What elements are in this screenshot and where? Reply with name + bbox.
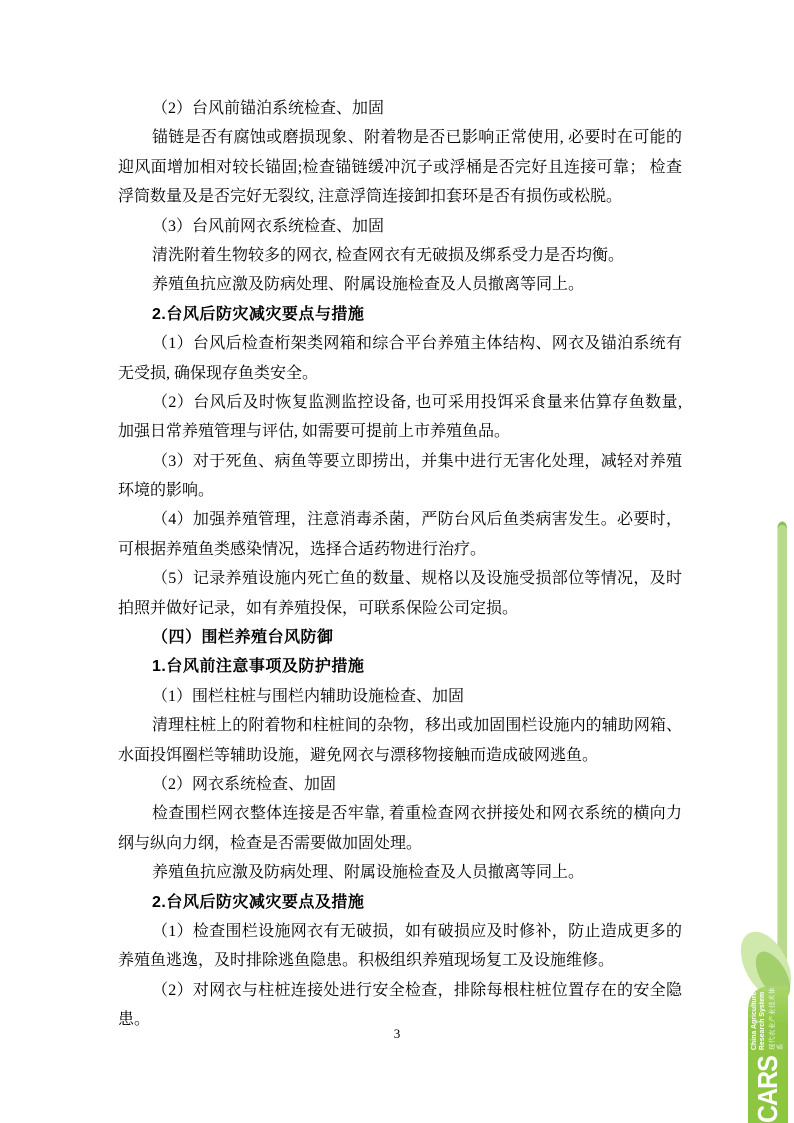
text-line: （2）网衣系统检查、加固 xyxy=(118,770,682,799)
text-line: （2）对网衣与柱桩连接处进行安全检查，排除每根柱桩位置存在的安全隐 xyxy=(118,976,682,1005)
text-line: 纲与纵向力纲，检查是否需要做加固处理。 xyxy=(118,829,682,858)
text-line: （5）记录养殖设施内死亡鱼的数量、规格以及设施受损部位等情况，及时 xyxy=(118,564,682,593)
text-line: 1.台风前注意事项及防护措施 xyxy=(118,652,682,681)
text-line: 养殖鱼抗应激及防病处理、附属设施检查及人员撤离等同上。 xyxy=(118,858,682,887)
text-line: 2.台风后防灾减灾要点及措施 xyxy=(118,888,682,917)
cars-wordmark: CARS xyxy=(752,1056,784,1123)
text-line: 检查围栏网衣整体连接是否牢靠, 着重检查网衣拼接处和网衣系统的横向力 xyxy=(118,799,682,828)
text-line: （4）加强养殖管理，注意消毒杀菌，严防台风后鱼类病害发生。必要时， xyxy=(118,505,682,534)
text-line: （四）围栏养殖台风防御 xyxy=(118,623,682,652)
text-line: （3）台风前网衣系统检查、加固 xyxy=(118,212,682,241)
text-line: 浮筒数量及是否完好无裂纹, 注意浮筒连接卸扣套环是否有损伤或松脱。 xyxy=(118,182,682,211)
cars-logo-content: CARS China Agriculture Research System 现… xyxy=(748,985,788,1123)
document-text: （2）台风前锚泊系统检查、加固锚链是否有腐蚀或磨损现象、附着物是否已影响正常使用… xyxy=(118,94,682,1035)
cars-logo-lines: China Agriculture Research System 现代农业产业… xyxy=(751,985,786,1050)
cars-logo-line-cn: 现代农业产业技术体系 xyxy=(769,985,786,1050)
text-line: 养殖鱼逃逸，及时排除逃鱼隐患。积极组织养殖现场复工及设施维修。 xyxy=(118,946,682,975)
text-line: 清洗附着生物较多的网衣, 检查网衣有无破损及绑系受力是否均衡。 xyxy=(118,241,682,270)
text-line: 加强日常养殖管理与评估, 如需要可提前上市养殖鱼品。 xyxy=(118,417,682,446)
page-number: 3 xyxy=(0,1026,794,1042)
text-line: （3）对于死鱼、病鱼等要立即捞出，并集中进行无害化处理，减轻对养殖 xyxy=(118,447,682,476)
document-page: （2）台风前锚泊系统检查、加固锚链是否有腐蚀或磨损现象、附着物是否已影响正常使用… xyxy=(0,0,794,1123)
cars-logo-line-en1: China Agriculture xyxy=(751,985,760,1050)
text-line: （2）台风后及时恢复监测监控设备, 也可采用投饵采食量来估算存鱼数量, xyxy=(118,388,682,417)
text-line: 可根据养殖鱼类感染情况，选择合适药物进行治疗。 xyxy=(118,535,682,564)
text-line: 锚链是否有腐蚀或磨损现象、附着物是否已影响正常使用, 必要时在可能的 xyxy=(118,123,682,152)
text-line: （1）围栏柱桩与围栏内辅助设施检查、加固 xyxy=(118,682,682,711)
text-line: 拍照并做好记录，如有养殖投保，可联系保险公司定损。 xyxy=(118,594,682,623)
text-line: （1）台风后检查桁架类网箱和综合平台养殖主体结构、网衣及锚泊系统有 xyxy=(118,329,682,358)
text-line: 2.台风后防灾减灾要点与措施 xyxy=(118,300,682,329)
text-line: 清理柱桩上的附着物和柱桩间的杂物，移出或加固围栏设施内的辅助网箱、 xyxy=(118,711,682,740)
text-line: 迎风面增加相对较长锚固;检查锚链缓冲沉子或浮桶是否完好且连接可靠； 检查 xyxy=(118,153,682,182)
cars-ribbon: CARS China Agriculture Research System 现… xyxy=(740,515,794,1123)
cars-logo: CARS China Agriculture Research System 现… xyxy=(748,985,788,1123)
text-line: 水面投饵圈栏等辅助设施，避免网衣与漂移物接触而造成破网逃鱼。 xyxy=(118,741,682,770)
text-line: 养殖鱼抗应激及防病处理、附属设施检查及人员撤离等同上。 xyxy=(118,270,682,299)
text-line: 环境的影响。 xyxy=(118,476,682,505)
text-line: 无受损, 确保现存鱼类安全。 xyxy=(118,359,682,388)
text-line: （1）检查围栏设施网衣有无破损，如有破损应及时修补，防止造成更多的 xyxy=(118,917,682,946)
text-line: （2）台风前锚泊系统检查、加固 xyxy=(118,94,682,123)
cars-logo-line-en2: Research System xyxy=(759,985,768,1050)
